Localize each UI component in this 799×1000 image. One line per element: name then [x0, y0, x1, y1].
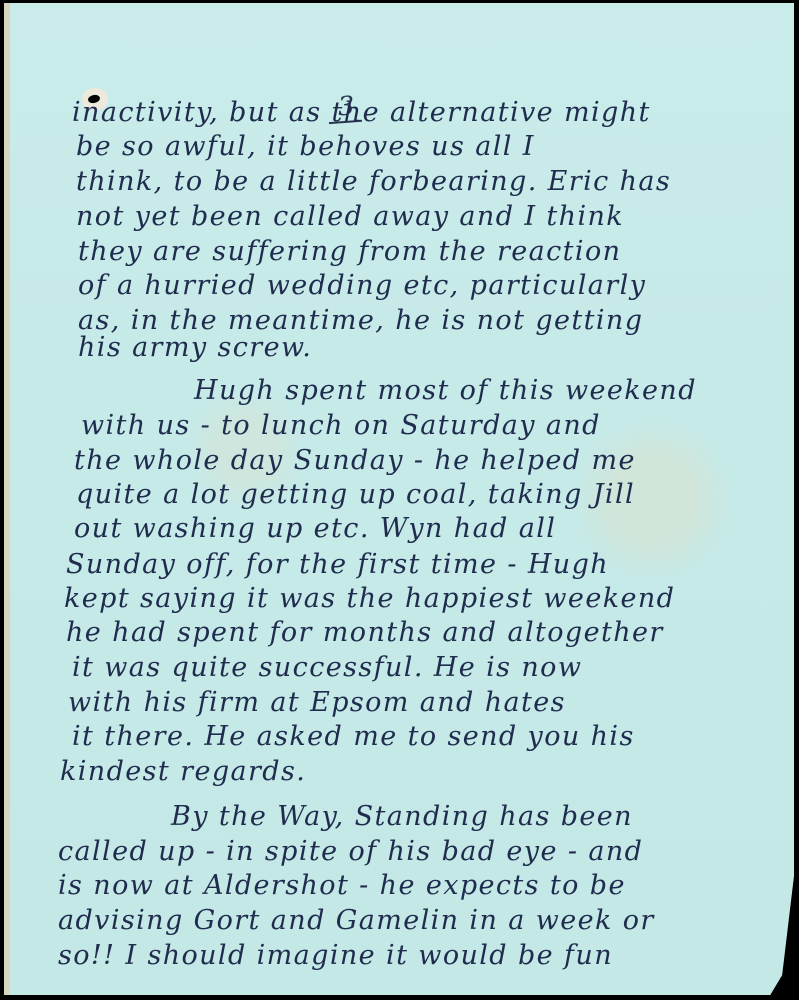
text-line: Hugh spent most of this weekend: [194, 375, 697, 407]
text-line: he had spent for months and altogether: [66, 617, 664, 649]
text-line: it was quite successful. He is now: [72, 652, 582, 684]
text-line: the whole day Sunday - he helped me: [74, 445, 636, 477]
handwritten-text-body: inactivity, but as the alternative might…: [10, 3, 794, 995]
text-line: kindest regards.: [60, 756, 306, 788]
text-line: not yet been called away and I think: [76, 201, 624, 233]
text-line: inactivity, but as the alternative might: [72, 97, 651, 129]
text-line: with us - to lunch on Saturday and: [81, 410, 601, 442]
text-line: out washing up etc. Wyn had all: [74, 513, 556, 545]
text-line: kept saying it was the happiest weekend: [64, 583, 675, 615]
text-line: his army screw.: [78, 332, 312, 364]
text-line: be so awful, it behoves us all I: [76, 131, 535, 163]
text-line: advising Gort and Gamelin in a week or: [58, 905, 655, 937]
text-line: with his firm at Epsom and hates: [68, 687, 566, 719]
text-line: quite a lot getting up coal, taking Jill: [76, 479, 635, 511]
text-line: called up - in spite of his bad eye - an…: [58, 836, 643, 868]
text-line: so!! I should imagine it would be fun: [58, 940, 613, 972]
text-line: it there. He asked me to send you his: [72, 721, 635, 753]
text-line: of a hurried wedding etc, particularly: [78, 270, 646, 302]
text-line: think, to be a little forbearing. Eric h…: [76, 166, 671, 198]
text-line: is now at Aldershot - he expects to be: [58, 870, 626, 902]
letter-page: 3 inactivity, but as the alternative mig…: [4, 3, 794, 995]
text-line: Sunday off, for the first time - Hugh: [66, 549, 609, 581]
text-line: they are suffering from the reaction: [78, 236, 621, 268]
text-line: By the Way, Standing has been: [171, 801, 633, 833]
